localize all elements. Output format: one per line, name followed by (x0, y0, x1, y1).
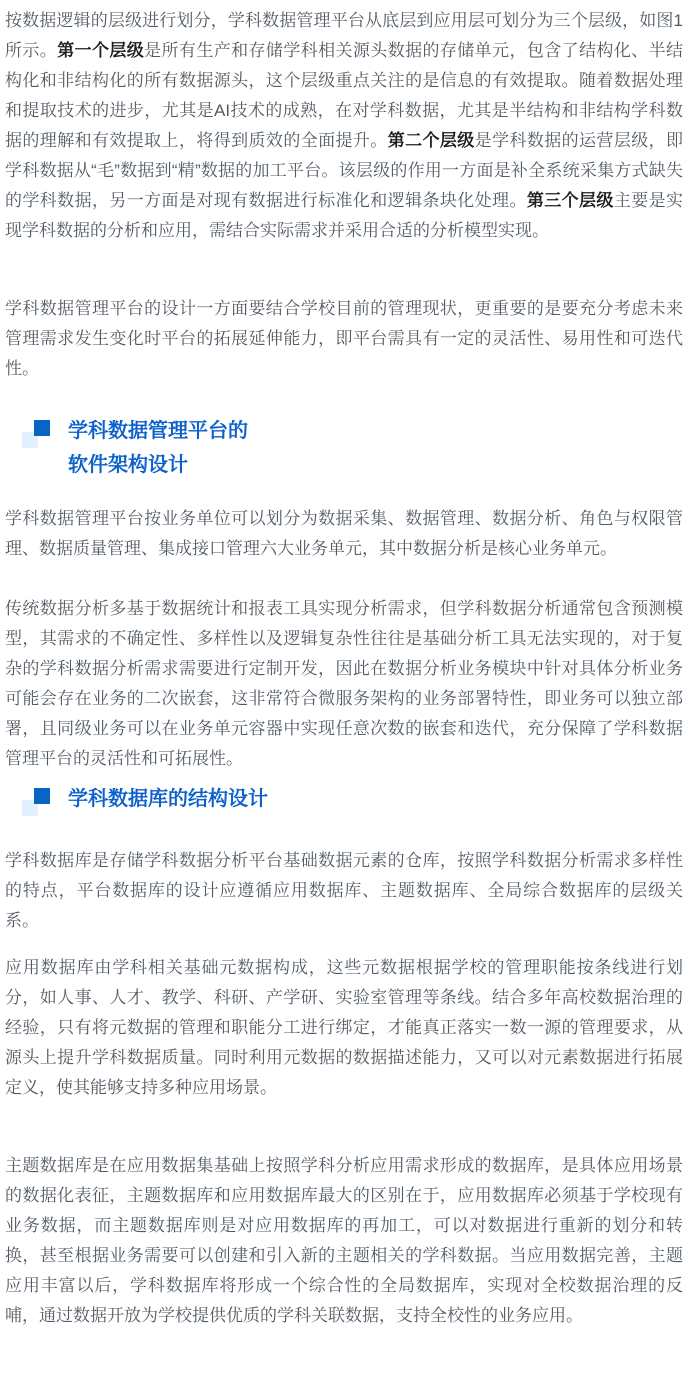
section-marker-icon (22, 788, 50, 816)
marker-dark-square (34, 420, 50, 436)
bold-text-run: 第二个层级 (388, 131, 475, 150)
paragraph: 学科数据管理平台的设计一方面要结合学校目前的管理现状，更重要的是要充分考虑未来管… (5, 294, 683, 384)
paragraph: 主题数据库是在应用数据集基础上按照学科分析应用需求形成的数据库，是具体应用场景的… (5, 1151, 683, 1331)
section-heading-line: 学科数据管理平台的 (68, 414, 683, 448)
section-heading: 学科数据管理平台的软件架构设计 (5, 414, 683, 482)
paragraph: 传统数据分析多基于数据统计和报表工具实现分析需求，但学科数据分析通常包含预测模型… (5, 594, 683, 774)
marker-dark-square (34, 788, 50, 804)
text-run: 传统数据分析多基于数据统计和报表工具实现分析需求，但学科数据分析通常包含预测模型… (5, 599, 683, 768)
bold-text-run: 第三个层级 (527, 191, 614, 210)
section-heading-text: 学科数据库的结构设计 (68, 782, 683, 816)
text-run: 主题数据库是在应用数据集基础上按照学科分析应用需求形成的数据库，是具体应用场景的… (5, 1156, 683, 1325)
text-run: 学科数据管理平台的设计一方面要结合学校目前的管理现状，更重要的是要充分考虑未来管… (5, 299, 683, 378)
text-run: 应用数据库由学科相关基础元数据构成，这些元数据根据学校的管理职能按条线进行划分，… (5, 958, 683, 1097)
section-heading-line: 学科数据库的结构设计 (68, 782, 683, 816)
section-heading-text: 学科数据管理平台的软件架构设计 (68, 414, 683, 482)
text-run: 学科数据库是存储学科数据分析平台基础数据元素的仓库，按照学科数据分析需求多样性的… (5, 851, 683, 930)
text-run: 学科数据管理平台按业务单位可以划分为数据采集、数据管理、数据分析、角色与权限管理… (5, 509, 683, 558)
section-heading-line: 软件架构设计 (68, 448, 683, 482)
article-body: 按数据逻辑的层级进行划分，学科数据管理平台从底层到应用层可划分为三个层级，如图1… (0, 0, 688, 1375)
paragraph: 按数据逻辑的层级进行划分，学科数据管理平台从底层到应用层可划分为三个层级，如图1… (5, 6, 683, 246)
bold-text-run: 第一个层级 (57, 41, 144, 60)
paragraph: 学科数据管理平台按业务单位可以划分为数据采集、数据管理、数据分析、角色与权限管理… (5, 504, 683, 564)
section-marker-icon (22, 420, 50, 448)
paragraph: 学科数据库是存储学科数据分析平台基础数据元素的仓库，按照学科数据分析需求多样性的… (5, 846, 683, 936)
section-heading: 学科数据库的结构设计 (5, 782, 683, 816)
paragraph: 应用数据库由学科相关基础元数据构成，这些元数据根据学校的管理职能按条线进行划分，… (5, 953, 683, 1103)
